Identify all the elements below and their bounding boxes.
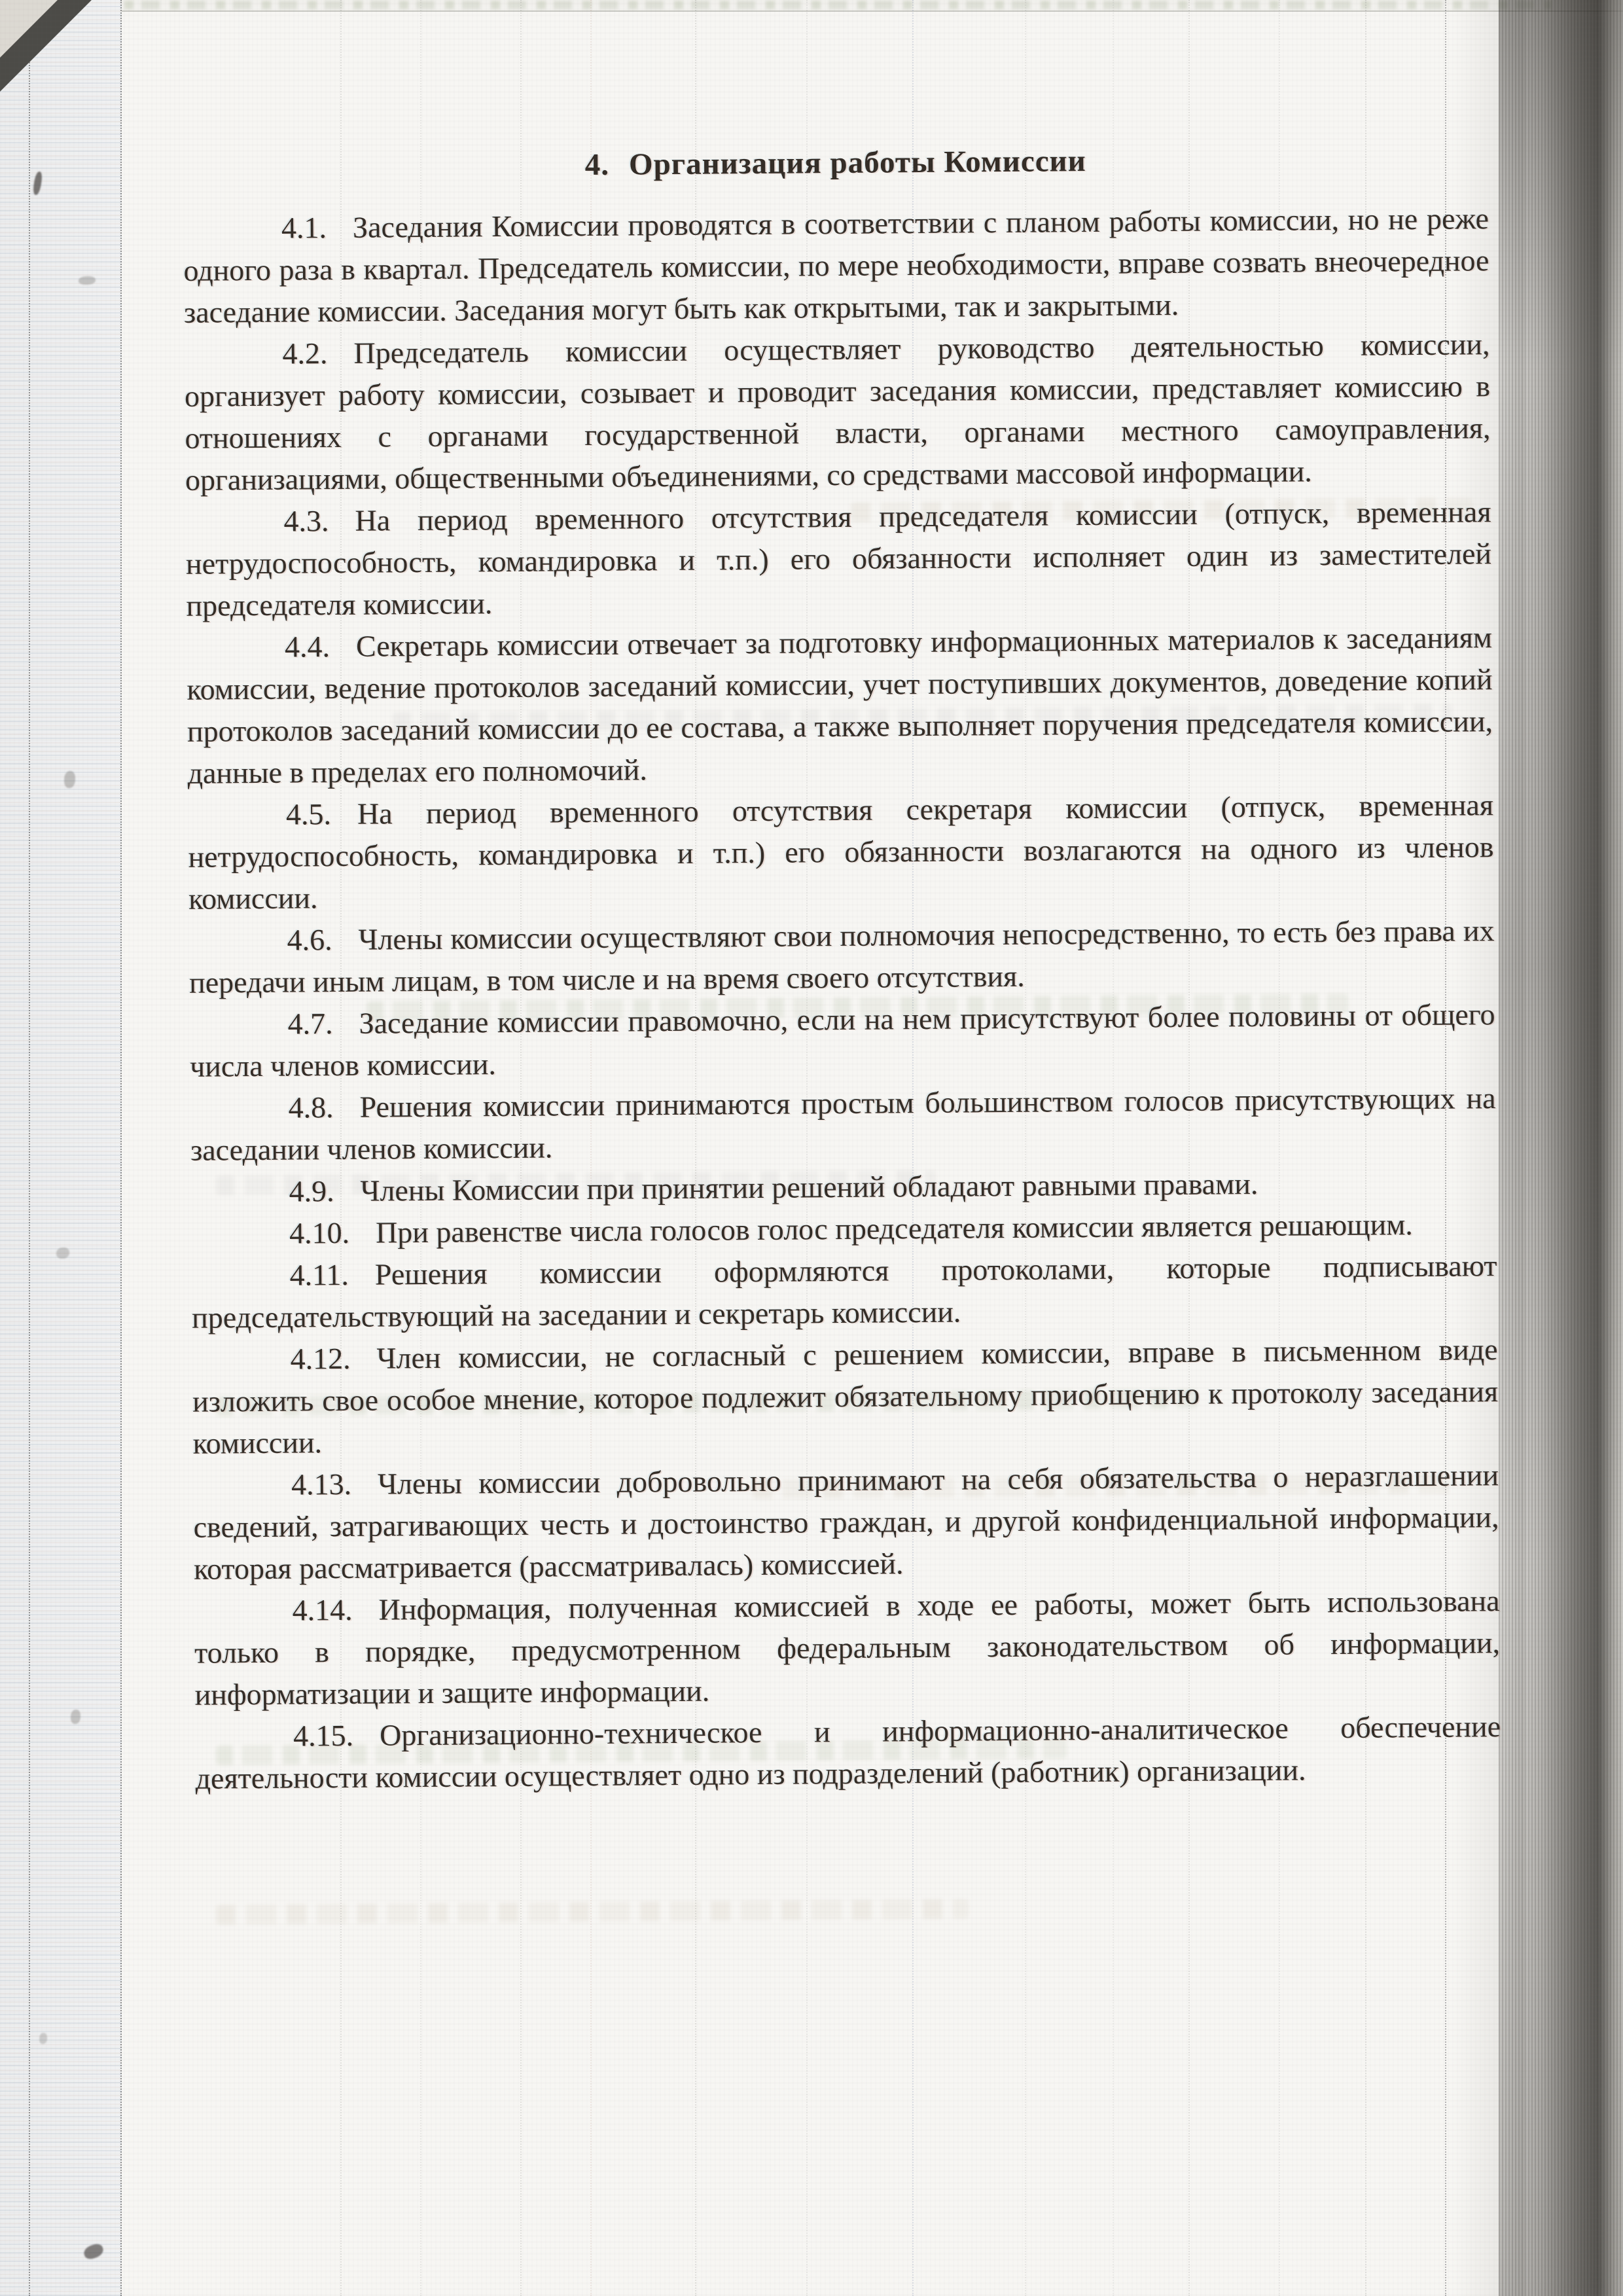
- paragraph: 4.3.На период временного отсутствия пред…: [185, 491, 1491, 627]
- paragraph-text: На период временного отсутствия председа…: [186, 495, 1491, 622]
- paragraph: 4.1.Заседания Комиссии проводятся в соот…: [183, 198, 1489, 334]
- scanned-document-page: 4.Организация работы Комиссии 4.1.Заседа…: [0, 0, 1623, 2296]
- paragraph-text: Организационно-техническое и информацион…: [195, 1710, 1501, 1795]
- paragraph-number: 4.10.: [289, 1216, 349, 1250]
- paragraph-number: 4.2.: [282, 336, 327, 370]
- document-content: 4.Организация работы Комиссии 4.1.Заседа…: [183, 140, 1501, 1800]
- paragraph-number: 4.4.: [285, 630, 330, 664]
- paragraph-number: 4.5.: [286, 797, 331, 831]
- paragraph-list: 4.1.Заседания Комиссии проводятся в соот…: [183, 198, 1501, 1800]
- ink-speck: [71, 1710, 80, 1724]
- section-title: Организация работы Комиссии: [629, 144, 1086, 181]
- paragraph-number: 4.14.: [292, 1593, 352, 1627]
- paragraph-number: 4.9.: [289, 1174, 334, 1208]
- ink-speck: [39, 2033, 47, 2044]
- section-heading: 4.Организация работы Комиссии: [183, 140, 1488, 186]
- paragraph: 4.4.Секретарь комиссии отвечает за подго…: [187, 617, 1493, 795]
- paragraph: 4.5.На период временного отсутствия секр…: [188, 784, 1494, 920]
- paragraph: 4.11.Решения комиссии оформляются проток…: [191, 1245, 1497, 1339]
- ink-speck: [56, 1247, 69, 1259]
- paragraph-text: Члены Комиссии при принятии решений обла…: [360, 1167, 1258, 1208]
- bleed-through-smudge: [79, 1, 1551, 9]
- paragraph-number: 4.7.: [287, 1007, 332, 1041]
- paragraph: 4.6.Члены комиссии осуществляют свои пол…: [188, 910, 1495, 1004]
- paragraph: 4.7.Заседание комиссии правомочно, если …: [189, 994, 1495, 1088]
- paragraph-text: Член комиссии, не согласный с решением к…: [192, 1333, 1498, 1460]
- paragraph-number: 4.8.: [288, 1090, 333, 1124]
- scan-left-strip: [0, 0, 122, 2296]
- paragraph-number: 4.3.: [283, 504, 329, 538]
- paragraph-text: Члены комиссии добровольно принимают на …: [193, 1458, 1499, 1586]
- bleed-through-smudge: [216, 1899, 969, 1924]
- paragraph-number: 4.15.: [293, 1719, 353, 1753]
- paragraph-number: 4.6.: [287, 923, 332, 957]
- paragraph-number: 4.11.: [289, 1258, 349, 1292]
- paragraph: 4.14.Информация, полученная комиссией в …: [194, 1580, 1500, 1716]
- paragraph: 4.15.Организационно-техническое и информ…: [195, 1706, 1501, 1800]
- scan-perforation-line: [29, 0, 30, 2296]
- paragraph-number: 4.12.: [290, 1342, 350, 1376]
- paragraph-text: Секретарь комиссии отвечает за подготовк…: [187, 620, 1493, 790]
- ink-speck: [64, 771, 75, 788]
- paragraph-text: Решения комиссии оформляются протоколами…: [192, 1249, 1497, 1335]
- paragraph: 4.8.Решения комиссии принимаются простым…: [190, 1077, 1496, 1172]
- section-number: 4.: [585, 148, 610, 182]
- paragraph-number: 4.13.: [291, 1467, 351, 1501]
- paragraph-text: Председатель комиссии осуществляет руков…: [185, 327, 1491, 497]
- paragraph-text: Заседания Комиссии проводятся в соответс…: [183, 202, 1489, 329]
- paragraph: 4.12.Член комиссии, не согласный с решен…: [192, 1329, 1498, 1465]
- paragraph-text: Заседание комиссии правомочно, если на н…: [190, 997, 1495, 1083]
- paragraph-number: 4.1.: [281, 211, 327, 245]
- paragraph: 4.13.Члены комиссии добровольно принимаю…: [193, 1454, 1499, 1590]
- paragraph: 4.2.Председатель комиссии осуществляет р…: [184, 323, 1491, 501]
- ink-speck: [79, 276, 96, 285]
- paragraph-text: Информация, полученная комиссией в ходе …: [194, 1584, 1500, 1712]
- paragraph-text: На период временного отсутствия секретар…: [188, 788, 1493, 916]
- paragraph-text: Решения комиссии принимаются простым бол…: [190, 1081, 1496, 1167]
- paragraph-text: Члены комиссии осуществляют свои полномо…: [189, 914, 1495, 999]
- paragraph-text: При равенстве числа голосов голос предсе…: [376, 1208, 1413, 1249]
- scan-right-band: [1499, 0, 1623, 2296]
